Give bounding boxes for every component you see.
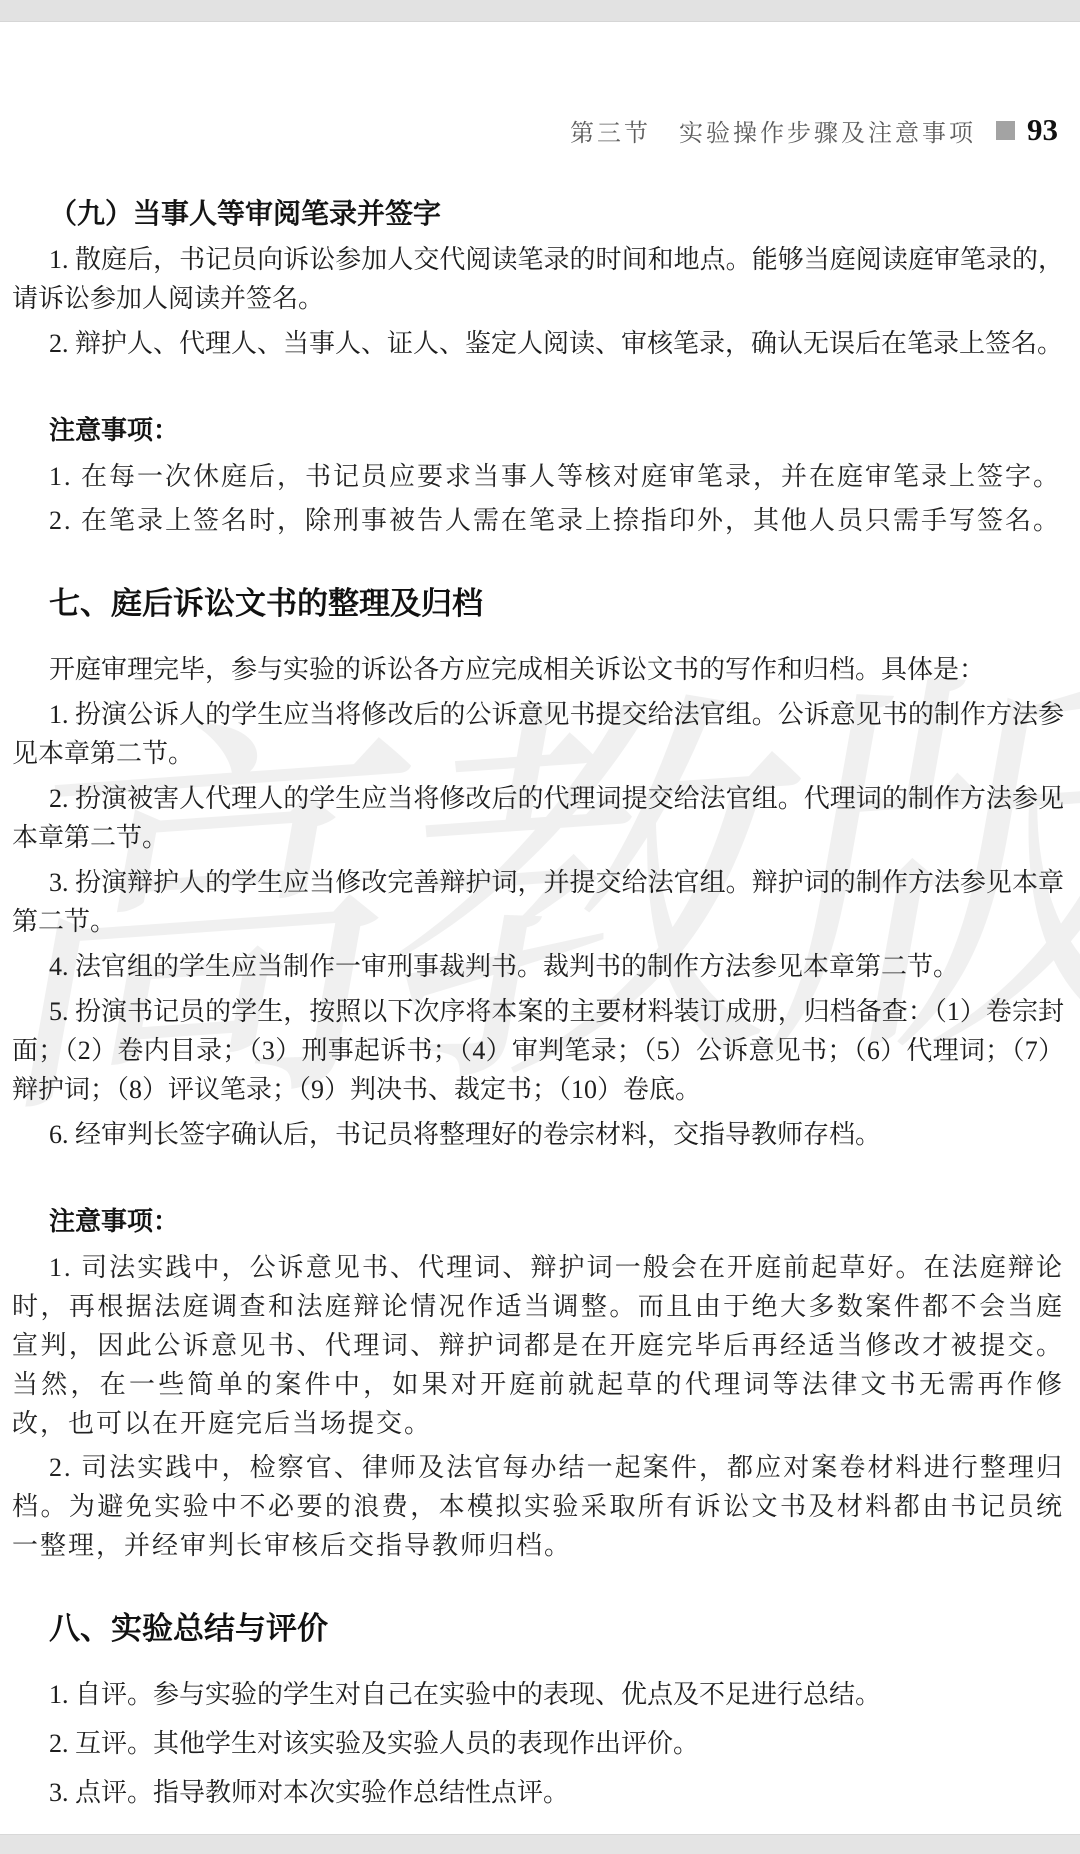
section9-notes-title: 注意事项： — [12, 411, 1064, 449]
section7-intro: 开庭审理完毕，参与实验的诉讼各方应完成相关诉讼文书的写作和归档。具体是： — [12, 650, 1064, 689]
viewer-bottom-bar — [0, 1834, 1080, 1854]
section7-item-2: 2. 扮演被害人代理人的学生应当将修改后的代理词提交给法官组。代理词的制作方法参… — [12, 779, 1064, 857]
reader-screen: 高教版 第三节 实验操作步骤及注意事项 93 （九）当事人等审阅笔录并签字 1.… — [0, 0, 1080, 1854]
heading-section-8: 八、实验总结与评价 — [12, 1607, 1064, 1651]
running-head-section-title: 实验操作步骤及注意事项 — [679, 113, 976, 148]
section8-item-3: 3. 点评。指导教师对本次实验作总结性点评。 — [12, 1773, 1064, 1812]
section7-notes-title: 注意事项： — [12, 1202, 1064, 1240]
section7-note-item-1: 1. 司法实践中，公诉意见书、代理词、辩护词一般会在开庭前起草好。在法庭辩论时，… — [12, 1248, 1064, 1443]
viewer-top-bar — [0, 0, 1080, 22]
heading-section-7: 七、庭后诉讼文书的整理及归档 — [12, 582, 1064, 626]
section9-paragraph-1: 1. 散庭后，书记员向诉讼参加人交代阅读笔录的时间和地点。能够当庭阅读庭审笔录的… — [12, 240, 1064, 318]
section7-item-4: 4. 法官组的学生应当制作一审刑事裁判书。裁判书的制作方法参见本章第二节。 — [12, 947, 1064, 986]
section8-item-2: 2. 互评。其他学生对该实验及实验人员的表现作出评价。 — [12, 1724, 1064, 1763]
running-head-section-number: 第三节 — [570, 113, 651, 148]
section9-note-item-2: 2. 在笔录上签名时，除刑事被告人需在笔录上捺指印外，其他人员只需手写签名。 — [12, 501, 1064, 540]
page-number-square-icon — [996, 121, 1015, 140]
section8-item-1: 1. 自评。参与实验的学生对自己在实验中的表现、优点及不足进行总结。 — [12, 1675, 1064, 1714]
page-number: 93 — [1027, 112, 1058, 148]
section7-item-6: 6. 经审判长签字确认后，书记员将整理好的卷宗材料，交指导教师存档。 — [12, 1115, 1064, 1154]
running-head: 第三节 实验操作步骤及注意事项 93 — [12, 112, 1064, 148]
book-page: 第三节 实验操作步骤及注意事项 93 （九）当事人等审阅笔录并签字 1. 散庭后… — [0, 112, 1080, 1812]
section9-note-item-1: 1. 在每一次休庭后，书记员应要求当事人等核对庭审笔录，并在庭审笔录上签字。 — [12, 457, 1064, 496]
section7-item-1: 1. 扮演公诉人的学生应当将修改后的公诉意见书提交给法官组。公诉意见书的制作方法… — [12, 695, 1064, 773]
section7-item-3: 3. 扮演辩护人的学生应当修改完善辩护词，并提交给法官组。辩护词的制作方法参见本… — [12, 863, 1064, 941]
heading-section-9: （九）当事人等审阅笔录并签字 — [12, 194, 1064, 234]
section9-paragraph-2: 2. 辩护人、代理人、当事人、证人、鉴定人阅读、审核笔录，确认无误后在笔录上签名… — [12, 324, 1064, 363]
section7-notes: 注意事项： 1. 司法实践中，公诉意见书、代理词、辩护词一般会在开庭前起草好。在… — [12, 1202, 1064, 1565]
section7-note-item-2: 2. 司法实践中，检察官、律师及法官每办结一起案件，都应对案卷材料进行整理归档。… — [12, 1448, 1064, 1565]
section9-notes: 注意事项： 1. 在每一次休庭后，书记员应要求当事人等核对庭审笔录，并在庭审笔录… — [12, 411, 1064, 540]
section7-item-5: 5. 扮演书记员的学生，按照以下次序将本案的主要材料装订成册，归档备查：（1）卷… — [12, 992, 1064, 1109]
